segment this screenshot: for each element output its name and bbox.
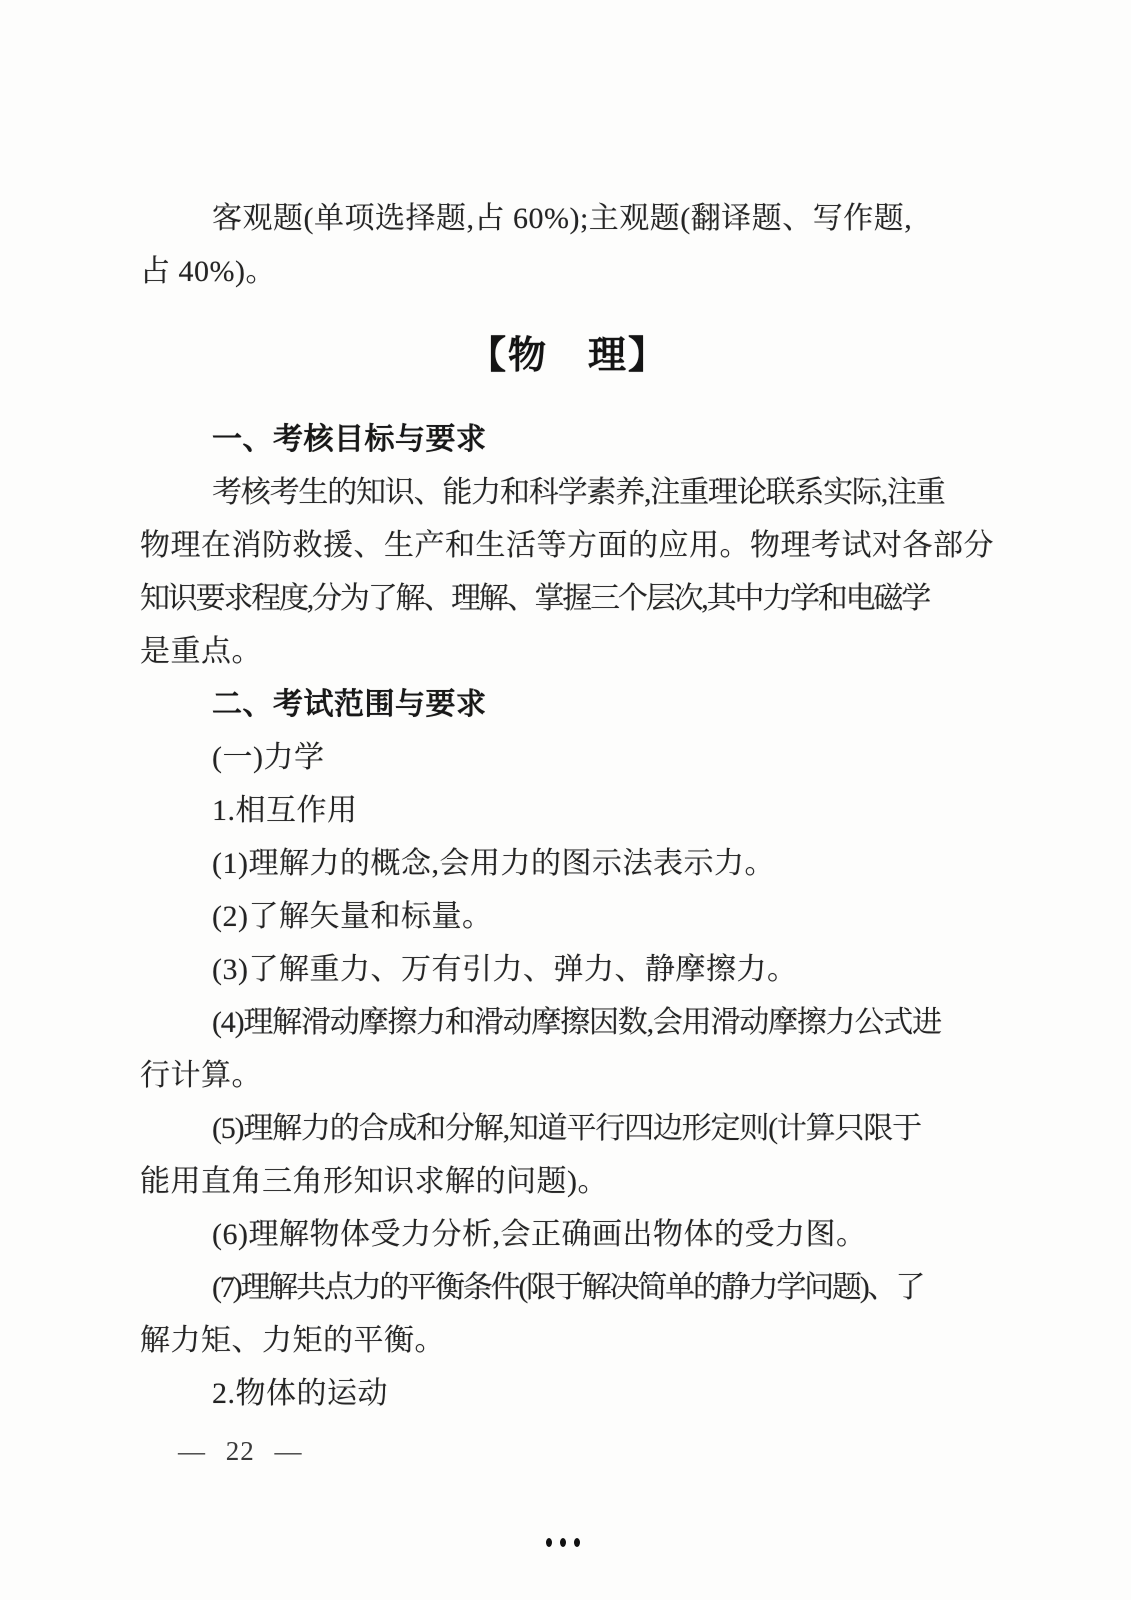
- scanned-document-page: 客观题(单项选择题,占 60%);主观题(翻译题、写作题, 占 40%)。 【物…: [0, 0, 1131, 1600]
- subsection-heading: 一、考核目标与要求: [140, 413, 996, 466]
- text-line: (3)了解重力、万有引力、弹力、静摩擦力。: [140, 943, 996, 996]
- text-line: (5)理解力的合成和分解,知道平行四边形定则(计算只限于: [140, 1102, 996, 1155]
- text-line: 解力矩、力矩的平衡。: [140, 1314, 996, 1367]
- text-line: (2)了解矢量和标量。: [140, 890, 996, 943]
- text-line: 行计算。: [140, 1049, 996, 1102]
- text-line: 客观题(单项选择题,占 60%);主观题(翻译题、写作题,: [140, 192, 996, 245]
- section-heading: 【物 理】: [140, 330, 996, 383]
- text-line: 占 40%)。: [140, 245, 996, 298]
- more-indicator[interactable]: [546, 1538, 580, 1547]
- text-line: 考核考生的知识、能力和科学素养,注重理论联系实际,注重: [140, 466, 996, 519]
- text-line: (一)力学: [140, 731, 996, 784]
- ellipsis-dot-icon: [560, 1538, 566, 1547]
- text-line: 物理在消防救援、生产和生活等方面的应用。物理考试对各部分: [140, 519, 996, 572]
- ellipsis-dot-icon: [546, 1538, 552, 1547]
- text-line: (1)理解力的概念,会用力的图示法表示力。: [140, 837, 996, 890]
- ellipsis-dot-icon: [574, 1538, 580, 1547]
- text-line: (4)理解滑动摩擦力和滑动摩擦因数,会用滑动摩擦力公式进: [140, 996, 996, 1049]
- text-line: 知识要求程度,分为了解、理解、掌握三个层次,其中力学和电磁学: [140, 572, 996, 625]
- page-number: — 22 —: [140, 1436, 996, 1466]
- document-body: 客观题(单项选择题,占 60%);主观题(翻译题、写作题, 占 40%)。 【物…: [140, 192, 996, 1466]
- text-line: 1.相互作用: [140, 784, 996, 837]
- text-line: 能用直角三角形知识求解的问题)。: [140, 1155, 996, 1208]
- subsection-heading: 二、考试范围与要求: [140, 678, 996, 731]
- text-line: (6)理解物体受力分析,会正确画出物体的受力图。: [140, 1208, 996, 1261]
- text-line: (7)理解共点力的平衡条件(限于解决简单的静力学问题)、了: [140, 1261, 996, 1314]
- text-line: 是重点。: [140, 625, 996, 678]
- text-line: 2.物体的运动: [140, 1367, 996, 1420]
